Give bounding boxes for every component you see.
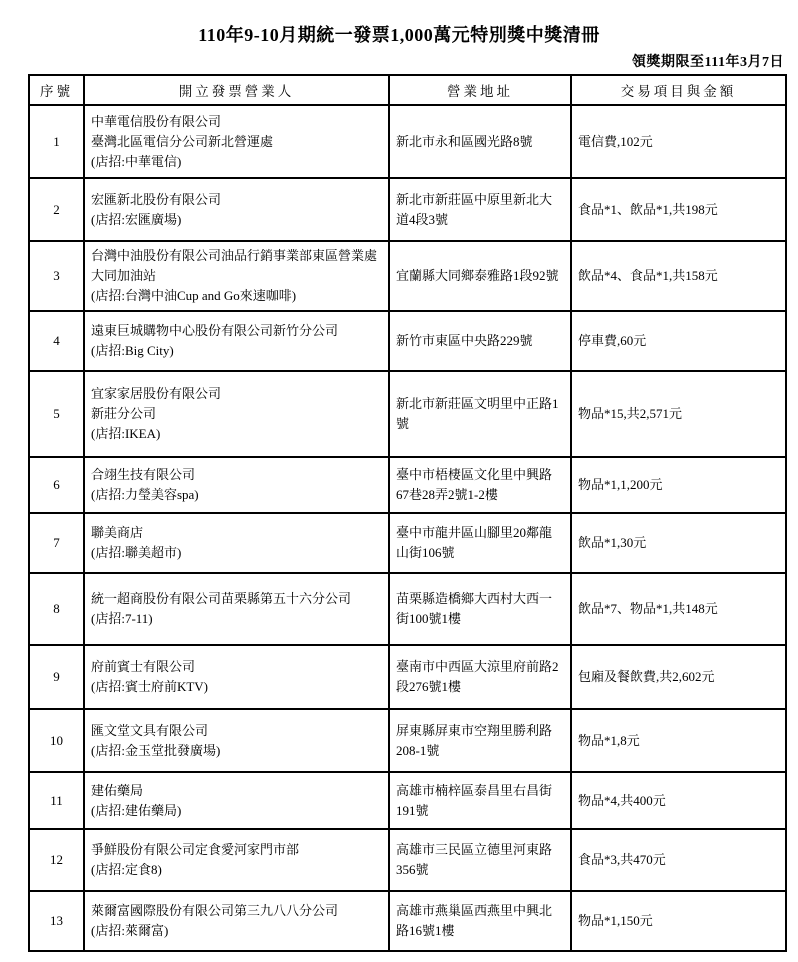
serial-number-cell: 6 <box>29 457 84 513</box>
business-name-cell: 統一超商股份有限公司苗栗縣第五十六分公司 (店招:7-11) <box>84 573 389 645</box>
transaction-items-cell: 食品*1、飲品*1,共198元 <box>571 178 786 241</box>
serial-number-cell: 12 <box>29 829 84 891</box>
transaction-items-cell: 飲品*1,30元 <box>571 513 786 573</box>
business-address-cell: 高雄市燕巢區西燕里中興北路16號1樓 <box>389 891 571 951</box>
header-transaction-items: 交易項目與金額 <box>571 75 786 105</box>
business-address-cell: 臺中市龍井區山腳里20鄰龍山街106號 <box>389 513 571 573</box>
business-name-cell: 爭鮮股份有限公司定食愛河家門市部 (店招:定食8) <box>84 829 389 891</box>
business-address-cell: 臺中市梧棲區文化里中興路67巷28弄2號1-2樓 <box>389 457 571 513</box>
business-name-cell: 建佑藥局 (店招:建佑藥局) <box>84 772 389 829</box>
header-business-name: 開立發票營業人 <box>84 75 389 105</box>
transaction-items-cell: 食品*3,共470元 <box>571 829 786 891</box>
business-name-cell: 宏匯新北股份有限公司 (店招:宏匯廣場) <box>84 178 389 241</box>
serial-number-cell: 9 <box>29 645 84 709</box>
business-name-cell: 府前賓士有限公司 (店招:賓士府前KTV) <box>84 645 389 709</box>
business-name-cell: 中華電信股份有限公司 臺灣北區電信分公司新北營運處 (店招:中華電信) <box>84 105 389 178</box>
transaction-items-cell: 電信費,102元 <box>571 105 786 178</box>
table-body: 1 中華電信股份有限公司 臺灣北區電信分公司新北營運處 (店招:中華電信) 新北… <box>29 105 786 951</box>
table-row: 7 聯美商店 (店招:聯美超市) 臺中市龍井區山腳里20鄰龍山街106號 飲品*… <box>29 513 786 573</box>
serial-number-cell: 7 <box>29 513 84 573</box>
business-address-cell: 宜蘭縣大同鄉泰雅路1段92號 <box>389 241 571 311</box>
table-row: 12 爭鮮股份有限公司定食愛河家門市部 (店招:定食8) 高雄市三民區立德里河東… <box>29 829 786 891</box>
table-row: 3 台灣中油股份有限公司油品行銷事業部東區營業處 大同加油站 (店招:台灣中油C… <box>29 241 786 311</box>
business-address-cell: 屏東縣屏東市空翔里勝利路208-1號 <box>389 709 571 772</box>
table-row: 10 匯文堂文具有限公司 (店招:金玉堂批發廣場) 屏東縣屏東市空翔里勝利路20… <box>29 709 786 772</box>
table-row: 11 建佑藥局 (店招:建佑藥局) 高雄市楠梓區泰昌里右昌街191號 物品*4,… <box>29 772 786 829</box>
table-row: 2 宏匯新北股份有限公司 (店招:宏匯廣場) 新北市新莊區中原里新北大道4段3號… <box>29 178 786 241</box>
business-address-cell: 苗栗縣造橋鄉大西村大西一街100號1樓 <box>389 573 571 645</box>
transaction-items-cell: 包廂及餐飲費,共2,602元 <box>571 645 786 709</box>
business-address-cell: 新北市永和區國光路8號 <box>389 105 571 178</box>
serial-number-cell: 1 <box>29 105 84 178</box>
header-serial-number: 序號 <box>29 75 84 105</box>
table-header-row: 序號 開立發票營業人 營業地址 交易項目與金額 <box>29 75 786 105</box>
business-address-cell: 高雄市楠梓區泰昌里右昌街191號 <box>389 772 571 829</box>
business-name-cell: 萊爾富國際股份有限公司第三九八八分公司 (店招:萊爾富) <box>84 891 389 951</box>
transaction-items-cell: 飲品*4、食品*1,共158元 <box>571 241 786 311</box>
serial-number-cell: 4 <box>29 311 84 371</box>
transaction-items-cell: 物品*1,8元 <box>571 709 786 772</box>
table-row: 5 宜家家居股份有限公司 新莊分公司 (店招:IKEA) 新北市新莊區文明里中正… <box>29 371 786 457</box>
business-address-cell: 新北市新莊區文明里中正路1號 <box>389 371 571 457</box>
transaction-items-cell: 飲品*7、物品*1,共148元 <box>571 573 786 645</box>
serial-number-cell: 3 <box>29 241 84 311</box>
serial-number-cell: 10 <box>29 709 84 772</box>
winning-invoice-table: 序號 開立發票營業人 營業地址 交易項目與金額 1 中華電信股份有限公司 臺灣北… <box>28 74 787 952</box>
serial-number-cell: 11 <box>29 772 84 829</box>
business-name-cell: 宜家家居股份有限公司 新莊分公司 (店招:IKEA) <box>84 371 389 457</box>
transaction-items-cell: 停車費,60元 <box>571 311 786 371</box>
serial-number-cell: 13 <box>29 891 84 951</box>
claim-deadline: 領獎期限至111年3月7日 <box>0 51 784 71</box>
page-title: 110年9-10月期統一發票1,000萬元特別獎中獎清冊 <box>0 21 798 47</box>
serial-number-cell: 8 <box>29 573 84 645</box>
table-row: 8 統一超商股份有限公司苗栗縣第五十六分公司 (店招:7-11) 苗栗縣造橋鄉大… <box>29 573 786 645</box>
business-name-cell: 台灣中油股份有限公司油品行銷事業部東區營業處 大同加油站 (店招:台灣中油Cup… <box>84 241 389 311</box>
business-name-cell: 合翊生技有限公司 (店招:力瑩美容spa) <box>84 457 389 513</box>
business-name-cell: 匯文堂文具有限公司 (店招:金玉堂批發廣場) <box>84 709 389 772</box>
table-row: 9 府前賓士有限公司 (店招:賓士府前KTV) 臺南市中西區大涼里府前路2段27… <box>29 645 786 709</box>
transaction-items-cell: 物品*15,共2,571元 <box>571 371 786 457</box>
transaction-items-cell: 物品*1,1,200元 <box>571 457 786 513</box>
business-address-cell: 新竹市東區中央路229號 <box>389 311 571 371</box>
table-row: 4 遠東巨城購物中心股份有限公司新竹分公司 (店招:Big City) 新竹市東… <box>29 311 786 371</box>
serial-number-cell: 2 <box>29 178 84 241</box>
table-row: 6 合翊生技有限公司 (店招:力瑩美容spa) 臺中市梧棲區文化里中興路67巷2… <box>29 457 786 513</box>
table-row: 1 中華電信股份有限公司 臺灣北區電信分公司新北營運處 (店招:中華電信) 新北… <box>29 105 786 178</box>
transaction-items-cell: 物品*1,150元 <box>571 891 786 951</box>
business-address-cell: 臺南市中西區大涼里府前路2段276號1樓 <box>389 645 571 709</box>
document-page: 110年9-10月期統一發票1,000萬元特別獎中獎清冊 領獎期限至111年3月… <box>0 0 798 962</box>
business-name-cell: 遠東巨城購物中心股份有限公司新竹分公司 (店招:Big City) <box>84 311 389 371</box>
business-name-cell: 聯美商店 (店招:聯美超市) <box>84 513 389 573</box>
business-address-cell: 新北市新莊區中原里新北大道4段3號 <box>389 178 571 241</box>
header-business-address: 營業地址 <box>389 75 571 105</box>
serial-number-cell: 5 <box>29 371 84 457</box>
table-row: 13 萊爾富國際股份有限公司第三九八八分公司 (店招:萊爾富) 高雄市燕巢區西燕… <box>29 891 786 951</box>
transaction-items-cell: 物品*4,共400元 <box>571 772 786 829</box>
business-address-cell: 高雄市三民區立德里河東路356號 <box>389 829 571 891</box>
